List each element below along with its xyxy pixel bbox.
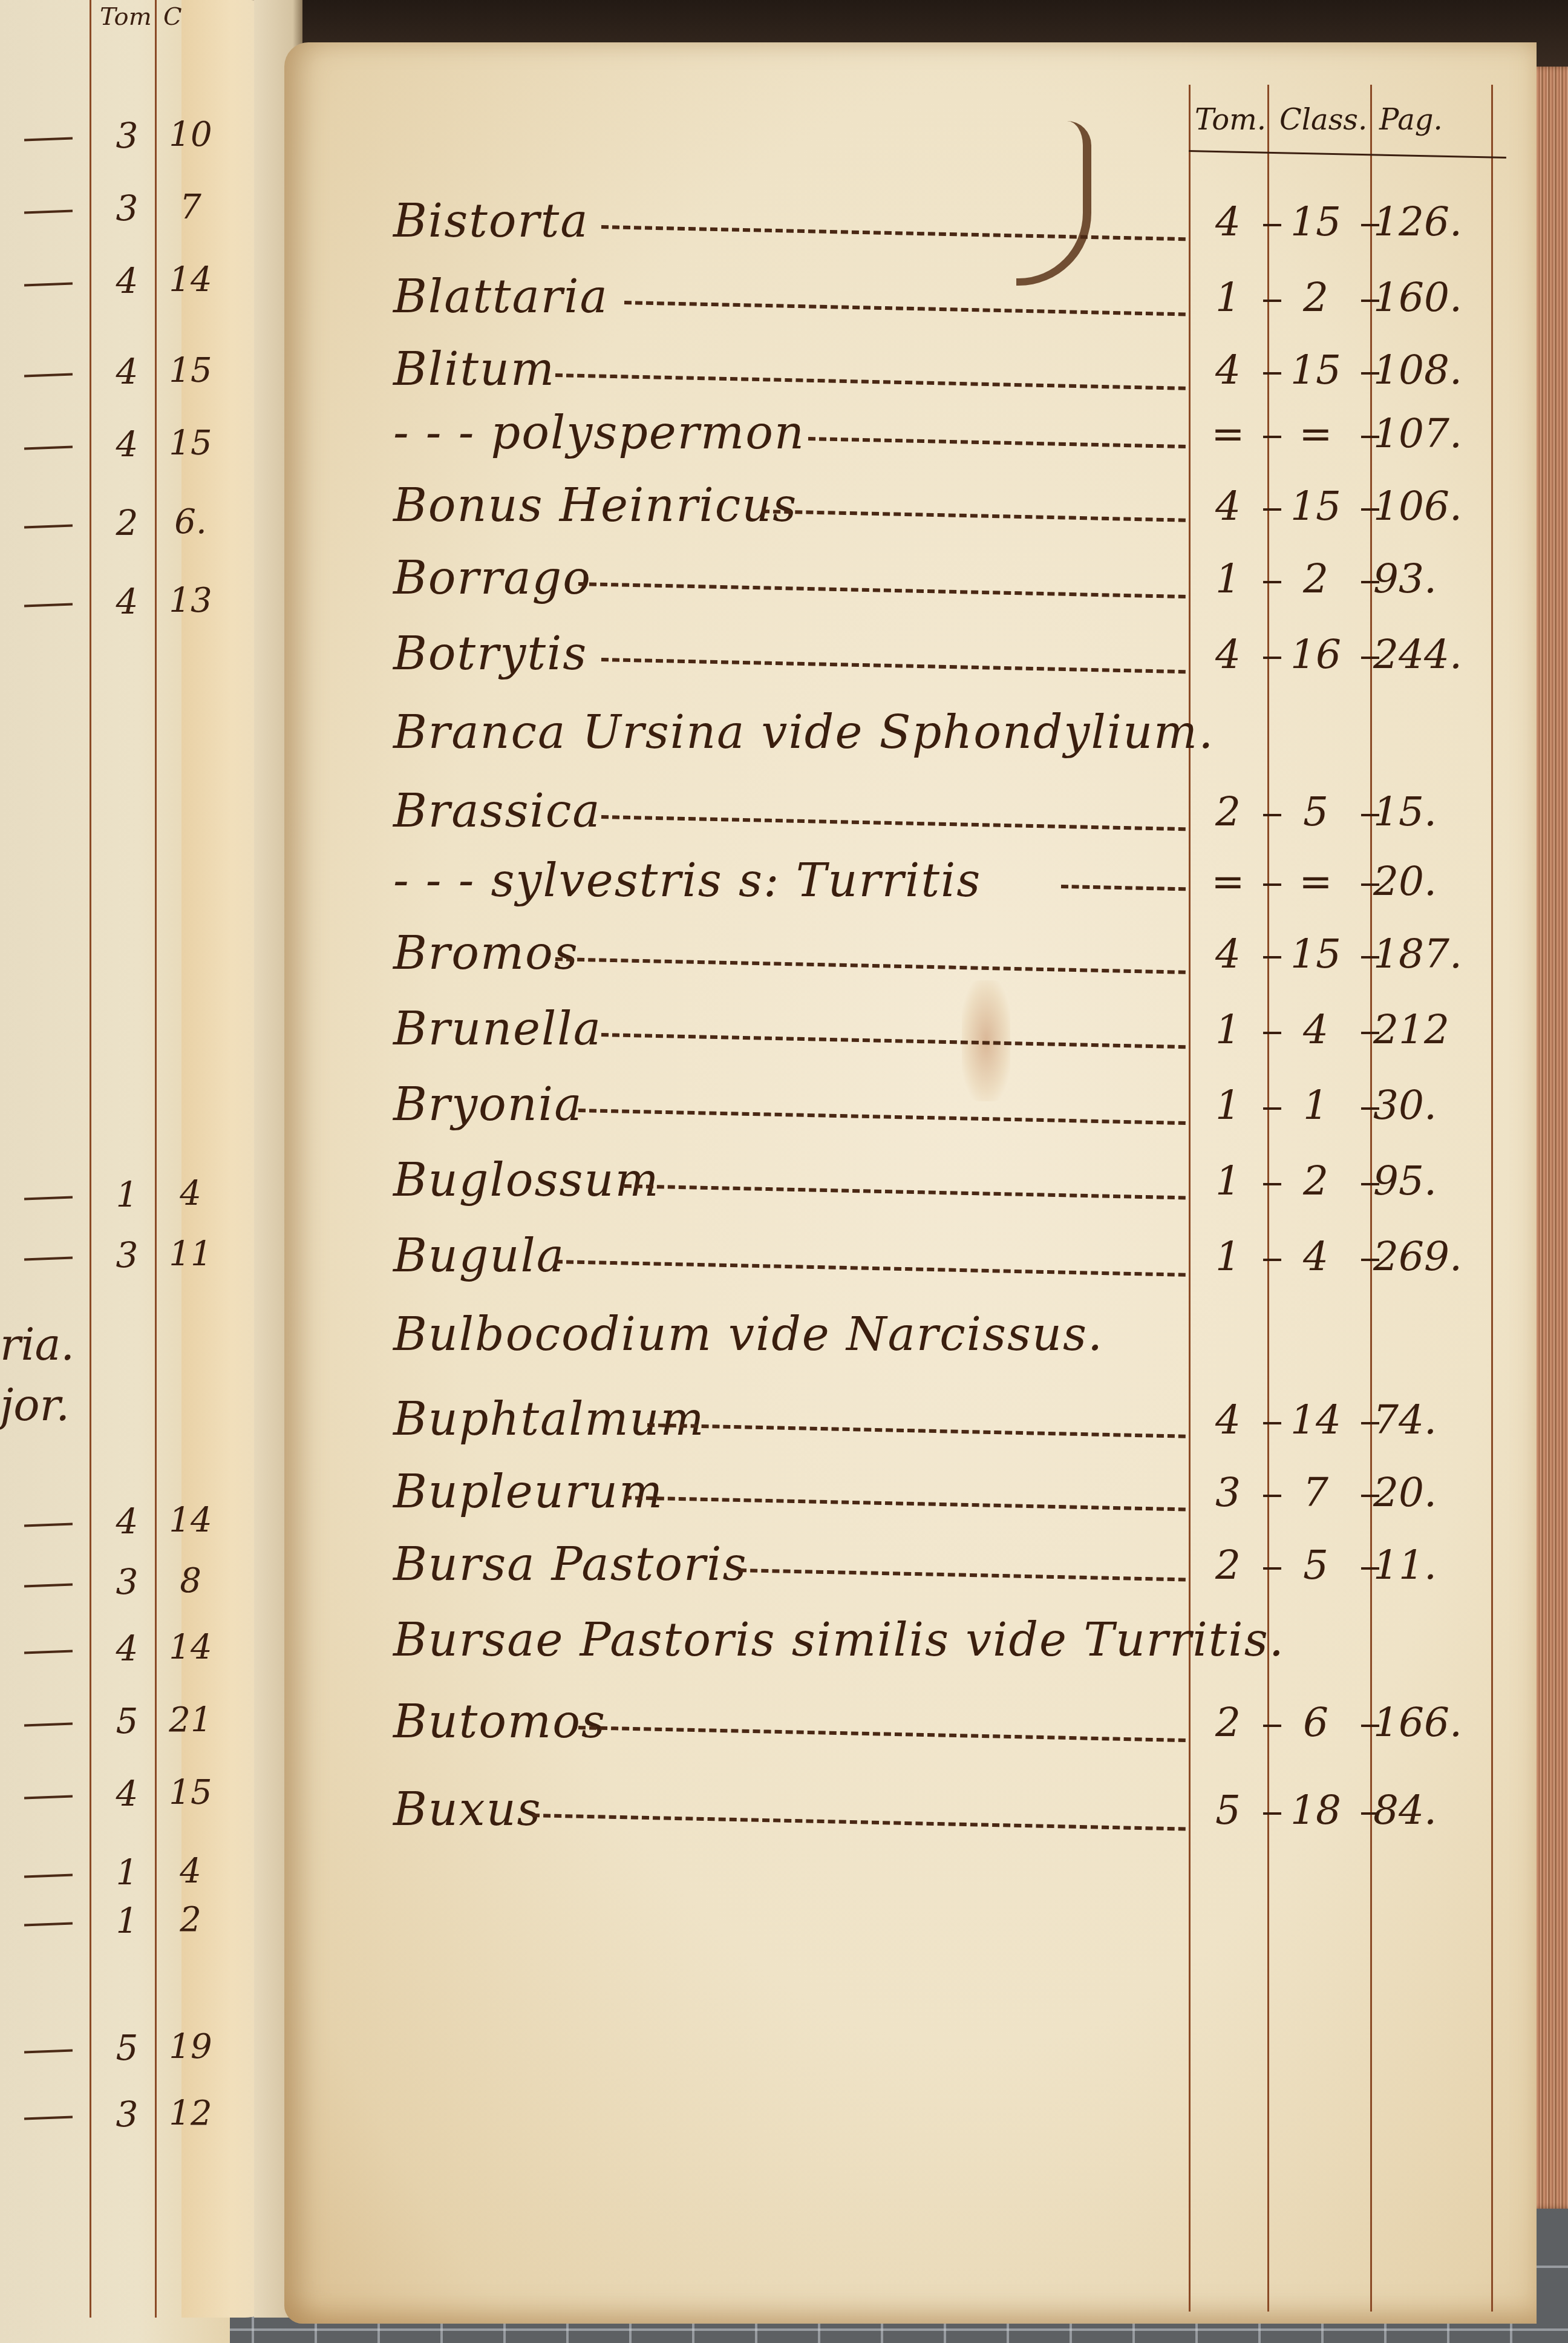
leader-dash bbox=[24, 373, 73, 378]
entry-name: Buxus bbox=[393, 1782, 542, 1836]
entry-page: 108. bbox=[1373, 347, 1494, 393]
left-row-class: 15 bbox=[166, 424, 215, 463]
entry-class: 4 bbox=[1273, 1233, 1358, 1280]
left-row-tom: 4 bbox=[109, 351, 145, 392]
left-row-class: 2 bbox=[166, 1900, 215, 1939]
entry-tom: 5 bbox=[1192, 1787, 1264, 1833]
entry-name: Blattaria bbox=[393, 269, 609, 323]
entry-name: Bulbocodium vide Narcissus. bbox=[393, 1307, 1103, 1361]
leader-dashes bbox=[555, 957, 1186, 974]
index-entry: Buxus51884. bbox=[393, 1782, 1512, 1855]
index-entry: Bonus Heinricus415106. bbox=[393, 478, 1512, 551]
left-index-row: 37 bbox=[0, 188, 278, 236]
entry-page: 11. bbox=[1373, 1542, 1494, 1588]
left-row-class: 21 bbox=[166, 1700, 215, 1740]
entry-page: 84. bbox=[1373, 1787, 1494, 1833]
index-entry: Buphtalmum41474. bbox=[393, 1392, 1512, 1464]
entry-tom: 1 bbox=[1192, 1158, 1264, 1204]
left-index-row: 415 bbox=[0, 1773, 278, 1821]
left-row-tom: 3 bbox=[109, 188, 145, 229]
left-index-row: 38 bbox=[0, 1561, 278, 1610]
entry-class: 16 bbox=[1273, 631, 1358, 678]
leader-dashes bbox=[762, 510, 1186, 522]
left-row-tom: 4 bbox=[109, 1773, 145, 1814]
entry-page: 74. bbox=[1373, 1397, 1494, 1443]
entry-page: 160. bbox=[1373, 274, 1494, 321]
left-row-class: 7 bbox=[166, 188, 215, 227]
entry-page: 30. bbox=[1373, 1082, 1494, 1129]
entry-page: 95. bbox=[1373, 1158, 1494, 1204]
column-header-pag: Pag. bbox=[1379, 103, 1443, 137]
index-entry: Bupleurum3720. bbox=[393, 1464, 1512, 1537]
entry-class: 15 bbox=[1273, 483, 1358, 529]
leader-dashes bbox=[601, 658, 1186, 673]
leader-dashes bbox=[555, 1260, 1186, 1277]
entry-tom: 1 bbox=[1192, 1233, 1264, 1280]
left-row-class: 14 bbox=[166, 260, 215, 300]
index-entry: - - - polyspermon==107. bbox=[393, 405, 1512, 478]
index-entry: Bursa Pastoris2511. bbox=[393, 1537, 1512, 1610]
leader-dashes bbox=[647, 1423, 1186, 1438]
entry-name: Bursa Pastoris bbox=[393, 1537, 748, 1591]
leader-dashes bbox=[739, 1568, 1186, 1581]
leader-dashes bbox=[578, 582, 1186, 598]
left-index-row: 14 bbox=[0, 1852, 278, 1900]
entry-name: Bistorta bbox=[393, 194, 589, 247]
left-index-row: 14 bbox=[0, 1174, 278, 1222]
entry-tom: 3 bbox=[1192, 1469, 1264, 1516]
left-row-class: 13 bbox=[166, 581, 215, 620]
left-row-tom: 3 bbox=[109, 1561, 145, 1602]
left-header-tom: Tom bbox=[100, 3, 152, 31]
column-header-class: Class. bbox=[1279, 103, 1367, 137]
left-row-class: 4 bbox=[166, 1852, 215, 1891]
entry-tom: 1 bbox=[1192, 1082, 1264, 1129]
index-entry: Bromos415187. bbox=[393, 926, 1512, 998]
leader-dashes bbox=[601, 815, 1186, 831]
entry-name: Buphtalmum bbox=[393, 1392, 705, 1446]
left-index-row: 519 bbox=[0, 2027, 278, 2076]
left-row-class: 14 bbox=[166, 1628, 215, 1667]
entry-class: 5 bbox=[1273, 788, 1358, 835]
left-row-class: 8 bbox=[166, 1561, 215, 1601]
left-index-row: 414 bbox=[0, 1501, 278, 1549]
left-index-row: 521 bbox=[0, 1700, 278, 1749]
entry-page: 107. bbox=[1373, 410, 1494, 457]
leader-dash bbox=[24, 210, 73, 214]
leader-dashes bbox=[808, 437, 1186, 448]
leader-dash bbox=[24, 1874, 73, 1878]
left-index-row: 414 bbox=[0, 260, 278, 309]
leader-dash bbox=[24, 2050, 73, 2054]
entry-class: = bbox=[1273, 410, 1358, 457]
leader-dashes bbox=[1061, 885, 1186, 891]
entry-page: 269. bbox=[1373, 1233, 1494, 1280]
left-row-class: 14 bbox=[166, 1501, 215, 1540]
left-row-class: 6. bbox=[166, 502, 215, 542]
entry-name: Botrytis bbox=[393, 626, 587, 680]
leader-dash bbox=[24, 1723, 73, 1727]
index-entry: Bistorta415126. bbox=[393, 194, 1512, 266]
entry-class: 4 bbox=[1273, 1006, 1358, 1053]
leader-dash bbox=[24, 2116, 73, 2120]
leader-dash bbox=[24, 525, 73, 529]
entry-name: Blitum bbox=[393, 342, 555, 396]
left-row-class: 15 bbox=[166, 1773, 215, 1812]
leader-dashes bbox=[624, 1496, 1186, 1511]
left-row-tom: 4 bbox=[109, 581, 145, 622]
entry-page: 93. bbox=[1373, 555, 1494, 602]
leader-dash bbox=[24, 446, 73, 450]
index-entry: Bugula14269. bbox=[393, 1228, 1512, 1301]
entry-tom: 4 bbox=[1192, 483, 1264, 529]
index-entry: Brunella14212 bbox=[393, 1001, 1512, 1074]
left-text-fragment: ria. bbox=[0, 1319, 74, 1370]
entry-name: Butomos bbox=[393, 1694, 606, 1748]
entry-class: 7 bbox=[1273, 1469, 1358, 1516]
leader-dashes bbox=[601, 225, 1186, 241]
entry-tom: = bbox=[1192, 410, 1264, 457]
entry-name: - - - polyspermon bbox=[393, 405, 805, 459]
entry-class: 18 bbox=[1273, 1787, 1358, 1833]
index-entry: Brassica2515. bbox=[393, 784, 1512, 856]
left-row-tom: 1 bbox=[109, 1900, 145, 1941]
leader-dashes bbox=[624, 1184, 1186, 1199]
left-row-class: 15 bbox=[166, 351, 215, 390]
entry-page: 106. bbox=[1373, 483, 1494, 529]
left-index-row: 415 bbox=[0, 351, 278, 399]
leader-dash bbox=[24, 1523, 73, 1527]
left-index-row: 413 bbox=[0, 581, 278, 629]
column-header-tom: Tom. bbox=[1195, 103, 1266, 137]
leader-dash bbox=[24, 137, 73, 142]
left-index-row: 415 bbox=[0, 424, 278, 472]
entry-name: Brunella bbox=[393, 1001, 602, 1055]
left-column-rule-tom bbox=[90, 0, 91, 2318]
entry-class: 15 bbox=[1273, 931, 1358, 977]
left-row-class: 12 bbox=[166, 2094, 215, 2133]
entry-name: Buglossum bbox=[393, 1153, 660, 1207]
index-entry: Borrago1293. bbox=[393, 551, 1512, 623]
index-entry: - - - sylvestris s: Turritis==20. bbox=[393, 853, 1512, 926]
entry-tom: 1 bbox=[1192, 555, 1264, 602]
entry-name: Bryonia bbox=[393, 1077, 583, 1131]
left-index-row: 312 bbox=[0, 2094, 278, 2142]
entry-tom: 4 bbox=[1192, 198, 1264, 245]
left-index-row: 310 bbox=[0, 115, 278, 163]
entry-name: Borrago bbox=[393, 551, 592, 605]
index-entry: Buglossum1295. bbox=[393, 1153, 1512, 1225]
left-row-class: 10 bbox=[166, 115, 215, 154]
index-entry: Blattaria12160. bbox=[393, 269, 1512, 342]
index-entry: Bulbocodium vide Narcissus. bbox=[393, 1307, 1512, 1380]
left-row-tom: 4 bbox=[109, 1628, 145, 1669]
leader-dashes bbox=[601, 1033, 1186, 1049]
leader-dash bbox=[24, 1257, 73, 1261]
left-row-class: 11 bbox=[166, 1234, 215, 1274]
entry-class: 1 bbox=[1273, 1082, 1358, 1129]
entry-name: Bugula bbox=[393, 1228, 565, 1282]
entry-page: 20. bbox=[1373, 858, 1494, 905]
index-entry: Bursae Pastoris similis vide Turritis. bbox=[393, 1613, 1512, 1685]
leader-dash bbox=[24, 1196, 73, 1201]
left-row-tom: 4 bbox=[109, 260, 145, 301]
entry-name: Brassica bbox=[393, 784, 601, 837]
left-index-row: 311 bbox=[0, 1234, 278, 1283]
left-column-rule-class bbox=[155, 0, 157, 2318]
index-entry: Bryonia1130. bbox=[393, 1077, 1512, 1150]
left-index-row: 26. bbox=[0, 502, 278, 551]
leader-dashes bbox=[624, 301, 1186, 316]
left-text-fragment: jor. bbox=[0, 1380, 70, 1430]
entry-tom: 4 bbox=[1192, 347, 1264, 393]
entry-tom: 4 bbox=[1192, 931, 1264, 977]
left-row-class: 19 bbox=[166, 2027, 215, 2066]
entry-class: 2 bbox=[1273, 1158, 1358, 1204]
leader-dashes bbox=[578, 1726, 1186, 1742]
leader-dash bbox=[24, 1795, 73, 1800]
entry-class: 15 bbox=[1273, 198, 1358, 245]
entry-tom: = bbox=[1192, 858, 1264, 905]
left-row-tom: 5 bbox=[109, 2027, 145, 2068]
left-row-tom: 3 bbox=[109, 2094, 145, 2135]
left-row-tom: 4 bbox=[109, 424, 145, 465]
entry-name: Bromos bbox=[393, 926, 579, 980]
left-row-tom: 3 bbox=[109, 1234, 145, 1276]
index-entry: Blitum415108. bbox=[393, 342, 1512, 415]
entry-name: - - - sylvestris s: Turritis bbox=[393, 853, 981, 907]
entry-class: 2 bbox=[1273, 555, 1358, 602]
entry-class: 15 bbox=[1273, 347, 1358, 393]
leader-dash bbox=[24, 1650, 73, 1654]
entry-page: 212 bbox=[1373, 1006, 1494, 1053]
index-entry: Branca Ursina vide Sphondylium. bbox=[393, 705, 1512, 778]
leader-dash bbox=[24, 283, 73, 287]
left-row-tom: 1 bbox=[109, 1852, 145, 1893]
entry-class: 2 bbox=[1273, 274, 1358, 321]
entry-name: Branca Ursina vide Sphondylium. bbox=[393, 705, 1214, 759]
index-entry: Butomos26166. bbox=[393, 1694, 1512, 1767]
entry-page: 126. bbox=[1373, 198, 1494, 245]
leader-dash bbox=[24, 1584, 73, 1588]
entry-tom: 1 bbox=[1192, 1006, 1264, 1053]
leader-dashes bbox=[532, 1814, 1186, 1831]
left-row-tom: 1 bbox=[109, 1174, 145, 1215]
entry-page: 20. bbox=[1373, 1469, 1494, 1516]
entry-page: 187. bbox=[1373, 931, 1494, 977]
entry-tom: 2 bbox=[1192, 1699, 1264, 1746]
entry-name: Bonus Heinricus bbox=[393, 478, 797, 532]
entry-class: 14 bbox=[1273, 1397, 1358, 1443]
index-entry: Botrytis416244. bbox=[393, 626, 1512, 699]
left-row-class: 4 bbox=[166, 1174, 215, 1213]
entry-name: Bursae Pastoris similis vide Turritis. bbox=[393, 1613, 1285, 1666]
entry-page: 15. bbox=[1373, 788, 1494, 835]
entry-name: Bupleurum bbox=[393, 1464, 664, 1518]
left-row-tom: 3 bbox=[109, 115, 145, 156]
left-row-tom: 5 bbox=[109, 1700, 145, 1742]
entry-tom: 1 bbox=[1192, 274, 1264, 321]
left-index-row: 12 bbox=[0, 1900, 278, 1948]
left-index-row: 414 bbox=[0, 1628, 278, 1676]
entry-class: 6 bbox=[1273, 1699, 1358, 1746]
leader-dash bbox=[24, 603, 73, 608]
leader-dash bbox=[24, 1922, 73, 1927]
entry-tom: 4 bbox=[1192, 631, 1264, 678]
entry-class: = bbox=[1273, 858, 1358, 905]
entry-tom: 2 bbox=[1192, 788, 1264, 835]
entry-page: 244. bbox=[1373, 631, 1494, 678]
left-row-tom: 4 bbox=[109, 1501, 145, 1542]
entry-tom: 4 bbox=[1192, 1397, 1264, 1443]
entry-tom: 2 bbox=[1192, 1542, 1264, 1588]
leader-dashes bbox=[578, 1109, 1186, 1125]
leader-dashes bbox=[555, 373, 1186, 390]
entry-class: 5 bbox=[1273, 1542, 1358, 1588]
left-row-tom: 2 bbox=[109, 502, 145, 543]
entry-page: 166. bbox=[1373, 1699, 1494, 1746]
